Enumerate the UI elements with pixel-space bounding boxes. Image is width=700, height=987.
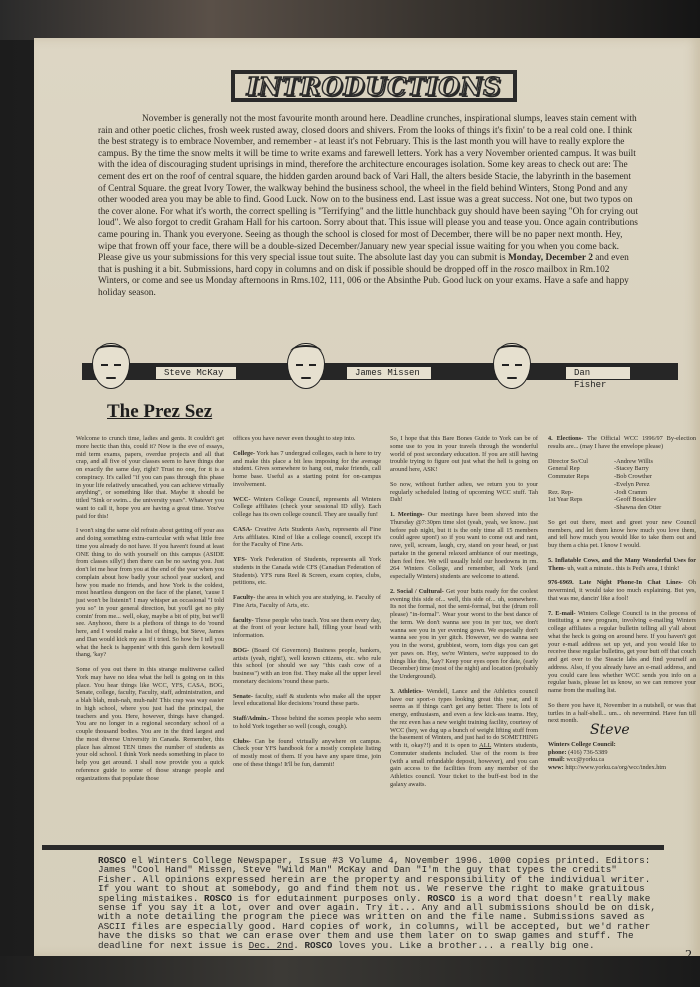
glossary-entry: YFS- York Federation of Students, repres…	[233, 556, 381, 587]
item-heading: 3. Athletics-	[390, 688, 423, 695]
term: YFS-	[233, 556, 247, 563]
paragraph-text: So, I hope that this Bare Bones Guide to…	[390, 435, 538, 473]
definition: Can be found virtually anywhere on campu…	[233, 738, 381, 768]
paragraph: So, I hope that this Bare Bones Guide to…	[390, 435, 538, 474]
item-text: uh, wait a minute.. this is Ped's area, …	[566, 565, 679, 572]
article-column-2: offices you have never even thought to s…	[233, 435, 381, 776]
definition: Those people who teach. You see them eve…	[233, 617, 381, 640]
rep-name: -Jodi Cramm	[614, 489, 696, 497]
glossary-entry: Faculty- the area in which you are study…	[233, 594, 381, 610]
intro-text: November is generally not the most favou…	[98, 114, 638, 263]
glossary-entry: BOG- (Board Of Governors) Business peopl…	[233, 647, 381, 686]
newspaper-page: INTRODUCTIONS November is generally not …	[34, 38, 700, 956]
paragraph: Welcome to crunch time, ladies and gents…	[76, 435, 224, 520]
item-heading: 7. E-mail-	[548, 610, 576, 617]
banner-title: INTRODUCTIONS	[247, 72, 502, 101]
contact-www: http://www.yorku.ca/org/wcc/index.htm	[564, 764, 666, 771]
contact-email: wcc@yorku.ca	[565, 756, 604, 763]
contact-label: www:	[548, 764, 564, 771]
intro-paragraph: November is generally not the most favou…	[98, 114, 638, 300]
item-heading: 976-6969. Late Night Phone-In Chat Lines…	[548, 579, 683, 586]
paragraph: offices you have never even thought to s…	[233, 435, 381, 443]
editor-name: Dan Fisher	[566, 367, 630, 379]
term: Senate-	[233, 693, 253, 700]
rep-name: -Stacey Barry	[614, 465, 696, 473]
glossary-entry: College- York has 7 undergrad colleges, …	[233, 450, 381, 489]
definition: (Board Of Governors) Business people, ba…	[233, 647, 381, 685]
rep-role: General Rep	[548, 465, 614, 473]
term: Clubs-	[233, 738, 251, 745]
article-column-4: 4. Elections- The Official WCC 1996/97 B…	[548, 435, 696, 772]
term: WCC-	[233, 496, 251, 503]
rep-name: -Shawna den Otter	[614, 504, 696, 512]
item-heading: 2. Social / Cultural-	[390, 588, 444, 595]
item-text: Winters students, Commuter students incl…	[390, 742, 538, 788]
divider	[42, 845, 664, 850]
election-results: Director So/Cul-Andrew Willis General Re…	[548, 458, 696, 512]
definition: the area in which you are studying, ie. …	[233, 594, 381, 609]
list-item: 5. Inflatable Cows, and the Many Wonderf…	[548, 557, 696, 573]
list-item: 2. Social / Cultural- Get your butts rea…	[390, 588, 538, 681]
item-text: Get your butts ready for the coolest eve…	[390, 588, 538, 680]
contact-phone: (416) 736-5389	[567, 749, 608, 756]
term: Staff/Admin.-	[233, 715, 270, 722]
rep-name: -Bob Crowther	[614, 473, 696, 481]
item-text: Winters College Council is in the proces…	[548, 610, 696, 695]
list-item: 976-6969. Late Night Phone-In Chat Lines…	[548, 579, 696, 602]
item-text: Wendell, Lance and the Athletics council…	[390, 688, 538, 749]
list-item: 1. Meetings- Our meetings have been shov…	[390, 511, 538, 581]
paragraph-text: So now, without further adieu, we return…	[390, 481, 538, 504]
contact-label: phone:	[548, 749, 567, 756]
credits-text: loves you. Like a brother... a really bi…	[332, 940, 594, 951]
rep-name: -Evelyn Perez	[614, 481, 696, 489]
definition: faculty, staff & students who make all t…	[233, 693, 381, 708]
definition: York Federation of Students, represents …	[233, 556, 381, 586]
glossary-entry: WCC- Winters College Council, represents…	[233, 496, 381, 519]
contact-label: email:	[548, 756, 565, 763]
definition: Winters College Council, represents all …	[233, 496, 381, 519]
term: CASA-	[233, 526, 252, 533]
editor-name: James Missen	[347, 367, 431, 379]
scan-background-top	[0, 0, 700, 40]
face-caricature-icon	[92, 343, 130, 389]
article-column-1: Welcome to crunch time, ladies and gents…	[76, 435, 224, 789]
signature: Steve	[590, 727, 696, 735]
rep-role: Rez. Rep-	[548, 489, 614, 497]
next-deadline: Dec. 2nd	[249, 940, 294, 951]
list-item: 7. E-mail- Winters College Council is in…	[548, 610, 696, 695]
paragraph: So now, without further adieu, we return…	[390, 481, 538, 504]
glossary-entry: faculty- Those people who teach. You see…	[233, 617, 381, 640]
glossary-entry: Clubs- Can be found virtually anywhere o…	[233, 738, 381, 769]
glossary-entry: Staff/Admin.- Those behind the scenes pe…	[233, 715, 381, 731]
intro-rosco: rosco	[514, 265, 534, 275]
paragraph: So get out there, meet and greet your ne…	[548, 519, 696, 550]
article-column-3: So, I hope that this Bare Bones Guide to…	[390, 435, 538, 796]
rep-role: Director So/Cul	[548, 458, 614, 466]
scan-background-bottom	[0, 956, 700, 987]
list-item: 4. Elections- The Official WCC 1996/97 B…	[548, 435, 696, 451]
definition: York has 7 undergrad colleges, each is h…	[233, 450, 381, 488]
list-item: 3. Athletics- Wendell, Lance and the Ath…	[390, 688, 538, 789]
rep-role: 1st Year Reps	[548, 496, 614, 504]
term: College-	[233, 450, 255, 457]
intro-deadline: Monday, December 2	[508, 253, 593, 263]
masthead-credits: ROSCO el Winters College Newspaper, Issu…	[98, 856, 658, 950]
item-heading: 4. Elections-	[548, 435, 583, 442]
rosco: ROSCO	[304, 940, 332, 951]
article-title: The Prez Sez	[107, 401, 212, 423]
glossary-entry: CASA- Creative Arts Students Ass'n, repr…	[233, 526, 381, 549]
term: BOG-	[233, 647, 249, 654]
emphasis: ALL	[479, 742, 491, 749]
rep-role	[548, 504, 614, 512]
rep-role: Commuter Reps	[548, 473, 614, 481]
rep-name: -Andrew Willis	[614, 458, 696, 466]
editor-name: Steve McKay	[156, 367, 236, 379]
credits-text: .	[293, 940, 304, 951]
paragraph: Some of you out there in this strange mu…	[76, 666, 224, 782]
face-caricature-icon	[287, 343, 325, 389]
rep-name: -Geoff Boucklev	[614, 496, 696, 504]
glossary-entry: Senate- faculty, staff & students who ma…	[233, 693, 381, 709]
paragraph: I won't sing the same old refrain about …	[76, 527, 224, 659]
section-banner: INTRODUCTIONS	[231, 70, 517, 102]
contact-heading: Winters College Council:	[548, 741, 616, 748]
term: Faculty-	[233, 594, 255, 601]
term: faculty-	[233, 617, 254, 624]
rep-role	[548, 481, 614, 489]
face-caricature-icon	[493, 343, 531, 389]
item-text: Our meetings have been shoved into the T…	[390, 511, 538, 580]
definition: Creative Arts Students Ass'n, represents…	[233, 526, 381, 549]
contact-block: Winters College Council: phone: (416) 73…	[548, 741, 696, 772]
item-heading: 1. Meetings-	[390, 511, 424, 518]
